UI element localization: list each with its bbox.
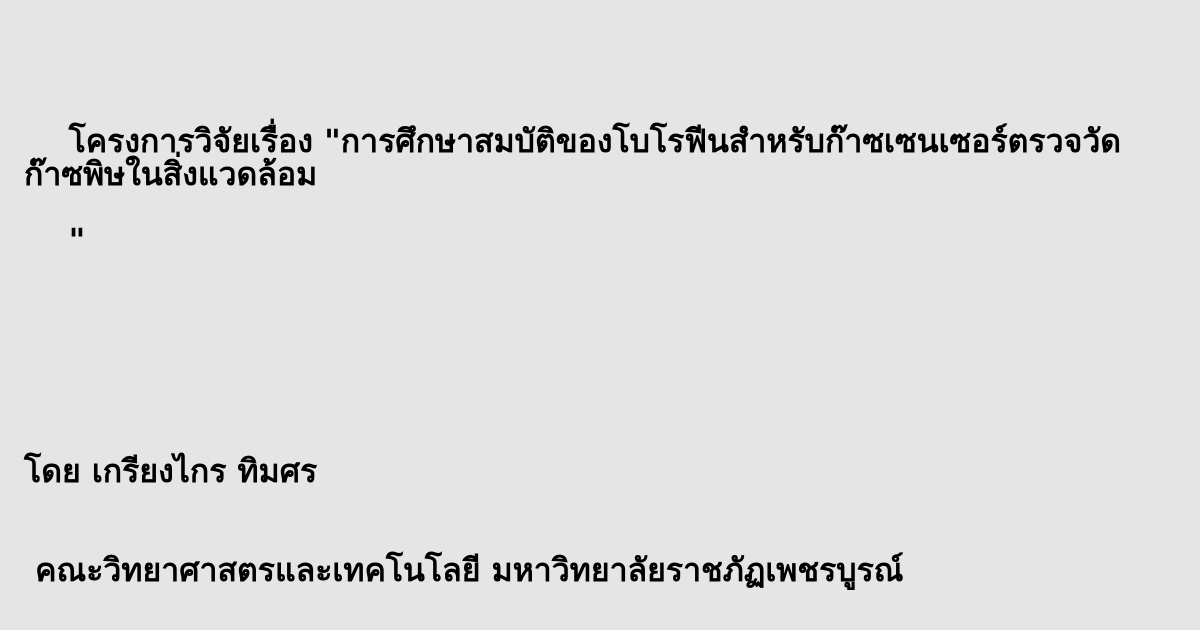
project-title-line-2: " xyxy=(69,221,86,259)
card-text-block: โครงการวิจัยเรื่อง "การศึกษาสมบัติของโบโ… xyxy=(24,26,1178,620)
project-title-line-1: โครงการวิจัยเรื่อง "การศึกษาสมบัติของโบโ… xyxy=(24,122,1121,193)
author-line: โดย เกรียงไกร ทิมศร xyxy=(24,455,1178,488)
spacer-line xyxy=(24,356,1178,389)
project-title: โครงการวิจัยเรื่อง "การศึกษาสมบัติของโบโ… xyxy=(24,92,1178,290)
social-card-background: { "page": { "background_color": "#e5e5e5… xyxy=(0,0,1200,630)
affiliation-line: คณะวิทยาศาสตรและเทคโนโลยี มหาวิทยาลัยราช… xyxy=(24,554,1178,587)
